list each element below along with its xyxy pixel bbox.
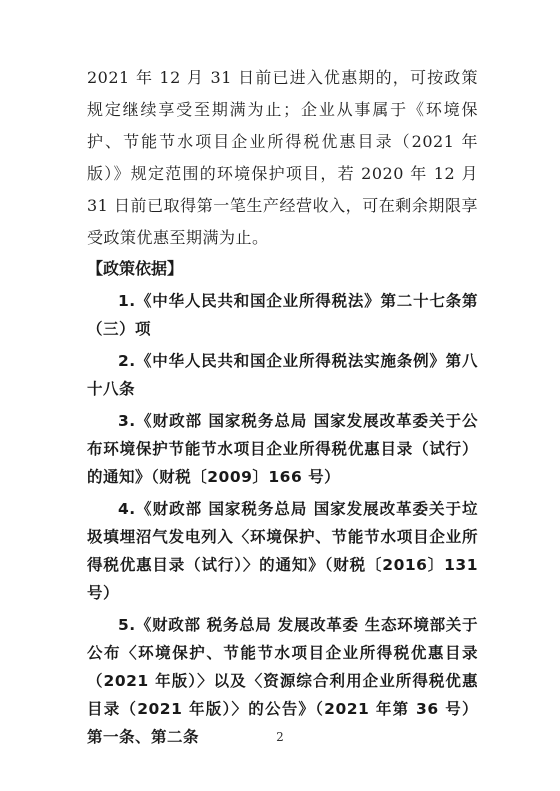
document-page: 2021 年 12 月 31 日前已进入优惠期的，可按政策规定继续享受至期满为止…: [0, 0, 560, 791]
policy-item-2: 2.《中华人民共和国企业所得税法实施条例》第八十八条: [87, 347, 478, 403]
page-number: 2: [0, 730, 560, 744]
section-heading-policy-basis: 【政策依据】: [87, 254, 478, 283]
policy-item-1: 1.《中华人民共和国企业所得税法》第二十七条第（三）项: [87, 287, 478, 343]
document-content: 2021 年 12 月 31 日前已进入优惠期的，可按政策规定继续享受至期满为止…: [87, 62, 478, 751]
continuation-paragraph: 2021 年 12 月 31 日前已进入优惠期的，可按政策规定继续享受至期满为止…: [87, 62, 478, 254]
policy-item-3: 3.《财政部 国家税务总局 国家发展改革委关于公布环境保护节能节水项目企业所得税…: [87, 407, 478, 491]
policy-item-4: 4.《财政部 国家税务总局 国家发展改革委关于垃圾填埋沼气发电列入〈环境保护、节…: [87, 495, 478, 607]
